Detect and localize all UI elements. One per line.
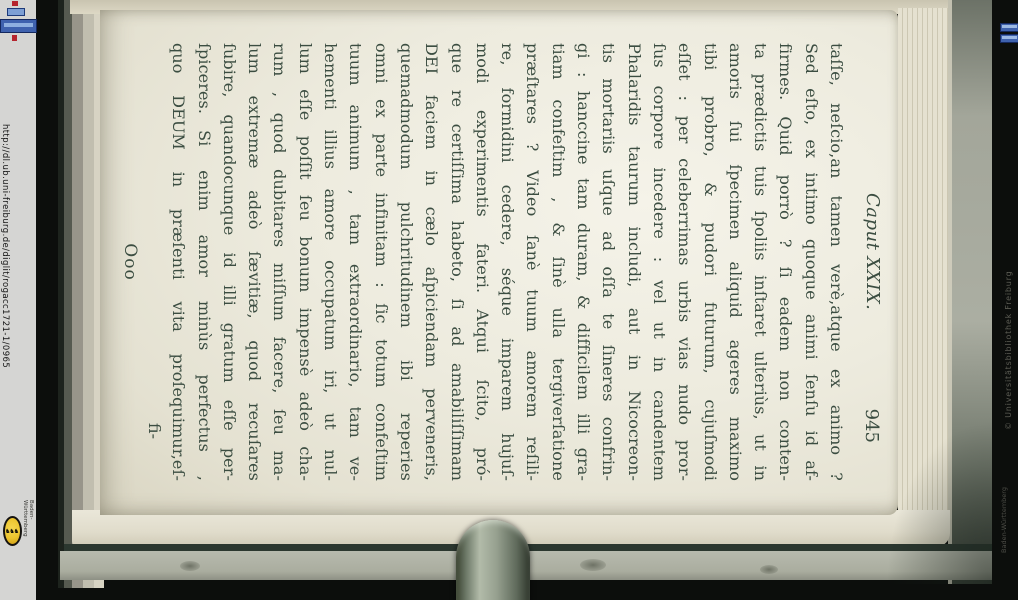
page-content-rotated: Caput XXIX. 945 taſſe, neſcio,an tamen v… (97, 7, 897, 513)
page-text-line: quemadmodum pulchritudinem ibi reperies (394, 43, 419, 481)
page-text-line: tiam confeſtim , & ſinè ulla tergiverſat… (545, 43, 570, 481)
copyright-notice: © Universitätsbibliothek Freiburg (1004, 138, 1013, 430)
signature-mark: Ooo (118, 43, 142, 481)
catchword: fi- (142, 43, 166, 481)
logo-long-bar (0, 19, 37, 33)
page-text-line: hementi illius amore occupatum iri, ut n… (318, 43, 343, 481)
page-text-line: que re certiſſima habeto, ſi ad amabiliſ… (444, 43, 469, 481)
page-text-line: præſtares ? Video ſanè tuum amorem reſil… (520, 43, 545, 481)
source-url: http://dl.ub.uni-freiburg.de/diglit/roga… (0, 124, 10, 470)
page-text-line: modi experimentis fateri. Atqui ſcito, p… (470, 43, 495, 481)
logo-red-square (12, 1, 18, 6)
ub-logo-small-icon (1000, 23, 1018, 45)
page-text-line: Sed eſto, ex intimo quoque animi ſenſu i… (798, 43, 823, 481)
page-text-line: ta prædictis tuis ſpoliis inſtaret ulter… (748, 43, 773, 481)
page-text-line: eſſet : per celeberrimas urbis vias nudo… (672, 43, 697, 481)
region-label: Baden-Württemberg (1000, 483, 1008, 553)
page-text-line: lum eſſe poſſit ſeu bonum impensè adeò c… (292, 43, 317, 481)
page-text-line: tibi probro, & pudori futurum, cujuſmodi (697, 43, 722, 481)
page-text-line: tuum animum , tam extraordinario, tam ve… (343, 43, 368, 481)
logo-short-bar (7, 8, 25, 16)
page-text-line: amoris ſui ſpecimen aliquid ageres maxim… (723, 43, 748, 481)
stain (760, 565, 778, 574)
page-clamp (456, 520, 530, 600)
page-text-line: rum , quod dubitares miſſum facere, ſeu … (267, 43, 292, 481)
page-text-line: ſubire, quandocunque id illi gratum eſſe… (217, 43, 242, 481)
page-text-line: DEI faciem in cælo aſpiciendam perveneri… (419, 43, 444, 481)
page-text-line: ſus corpore incedere : vel ut in candent… (647, 43, 672, 481)
coat-caption-line: Baden- (28, 500, 34, 548)
ub-freiburg-logo-icon (0, 0, 36, 46)
running-header: Caput XXIX. 945 (853, 43, 883, 481)
scan-background: Caput XXIX. 945 taſſe, neſcio,an tamen v… (0, 0, 1018, 600)
page-text-line: Phalaridis taurum includi, aut in Nicocr… (621, 43, 646, 481)
baden-wuerttemberg-coat-icon: ♞♞♞ (3, 516, 22, 546)
page-text-line: ſpiceres. Si enim amor minùs perfectus , (191, 43, 216, 481)
coat-caption-line: Württemberg (22, 500, 28, 548)
stain (580, 559, 606, 571)
logo-bar (1000, 34, 1018, 43)
page-number: 945 (861, 409, 882, 443)
logo-red-square (12, 35, 17, 41)
page-text-line: lum extremæ adeò ſævitiæ, quod recuſares (242, 43, 267, 481)
page-text-line: firmes. Quid porrò ? ſi eadem non conten… (773, 43, 798, 481)
chapter-heading: Caput XXIX. (862, 193, 883, 310)
text-block: taſſe, neſcio,an tamen verè,atque ex ani… (166, 43, 849, 481)
page-text-line: tis mortariis uſque ad oſſa te ſineres c… (596, 43, 621, 481)
corner-shadow (886, 420, 992, 584)
page-text-line: quo DEUM in præſenti vita proſequimur,eſ… (166, 43, 191, 481)
page-text-line: gi : hanccine tam duram, & difficilem il… (571, 43, 596, 481)
coat-lions: ♞♞♞ (5, 528, 18, 535)
stain (180, 561, 200, 571)
left-annotation-strip: http://dl.ub.uni-freiburg.de/diglit/roga… (0, 0, 36, 600)
page-text-line: re, formidini cedere, séque imparem huju… (495, 43, 520, 481)
logo-bar (1000, 23, 1018, 32)
page-text-line: omni ex parte infinitam : ſic totum conf… (368, 43, 393, 481)
page-text-line: taſſe, neſcio,an tamen verè,atque ex ani… (824, 43, 849, 481)
coat-caption: Baden- Württemberg (22, 500, 34, 548)
